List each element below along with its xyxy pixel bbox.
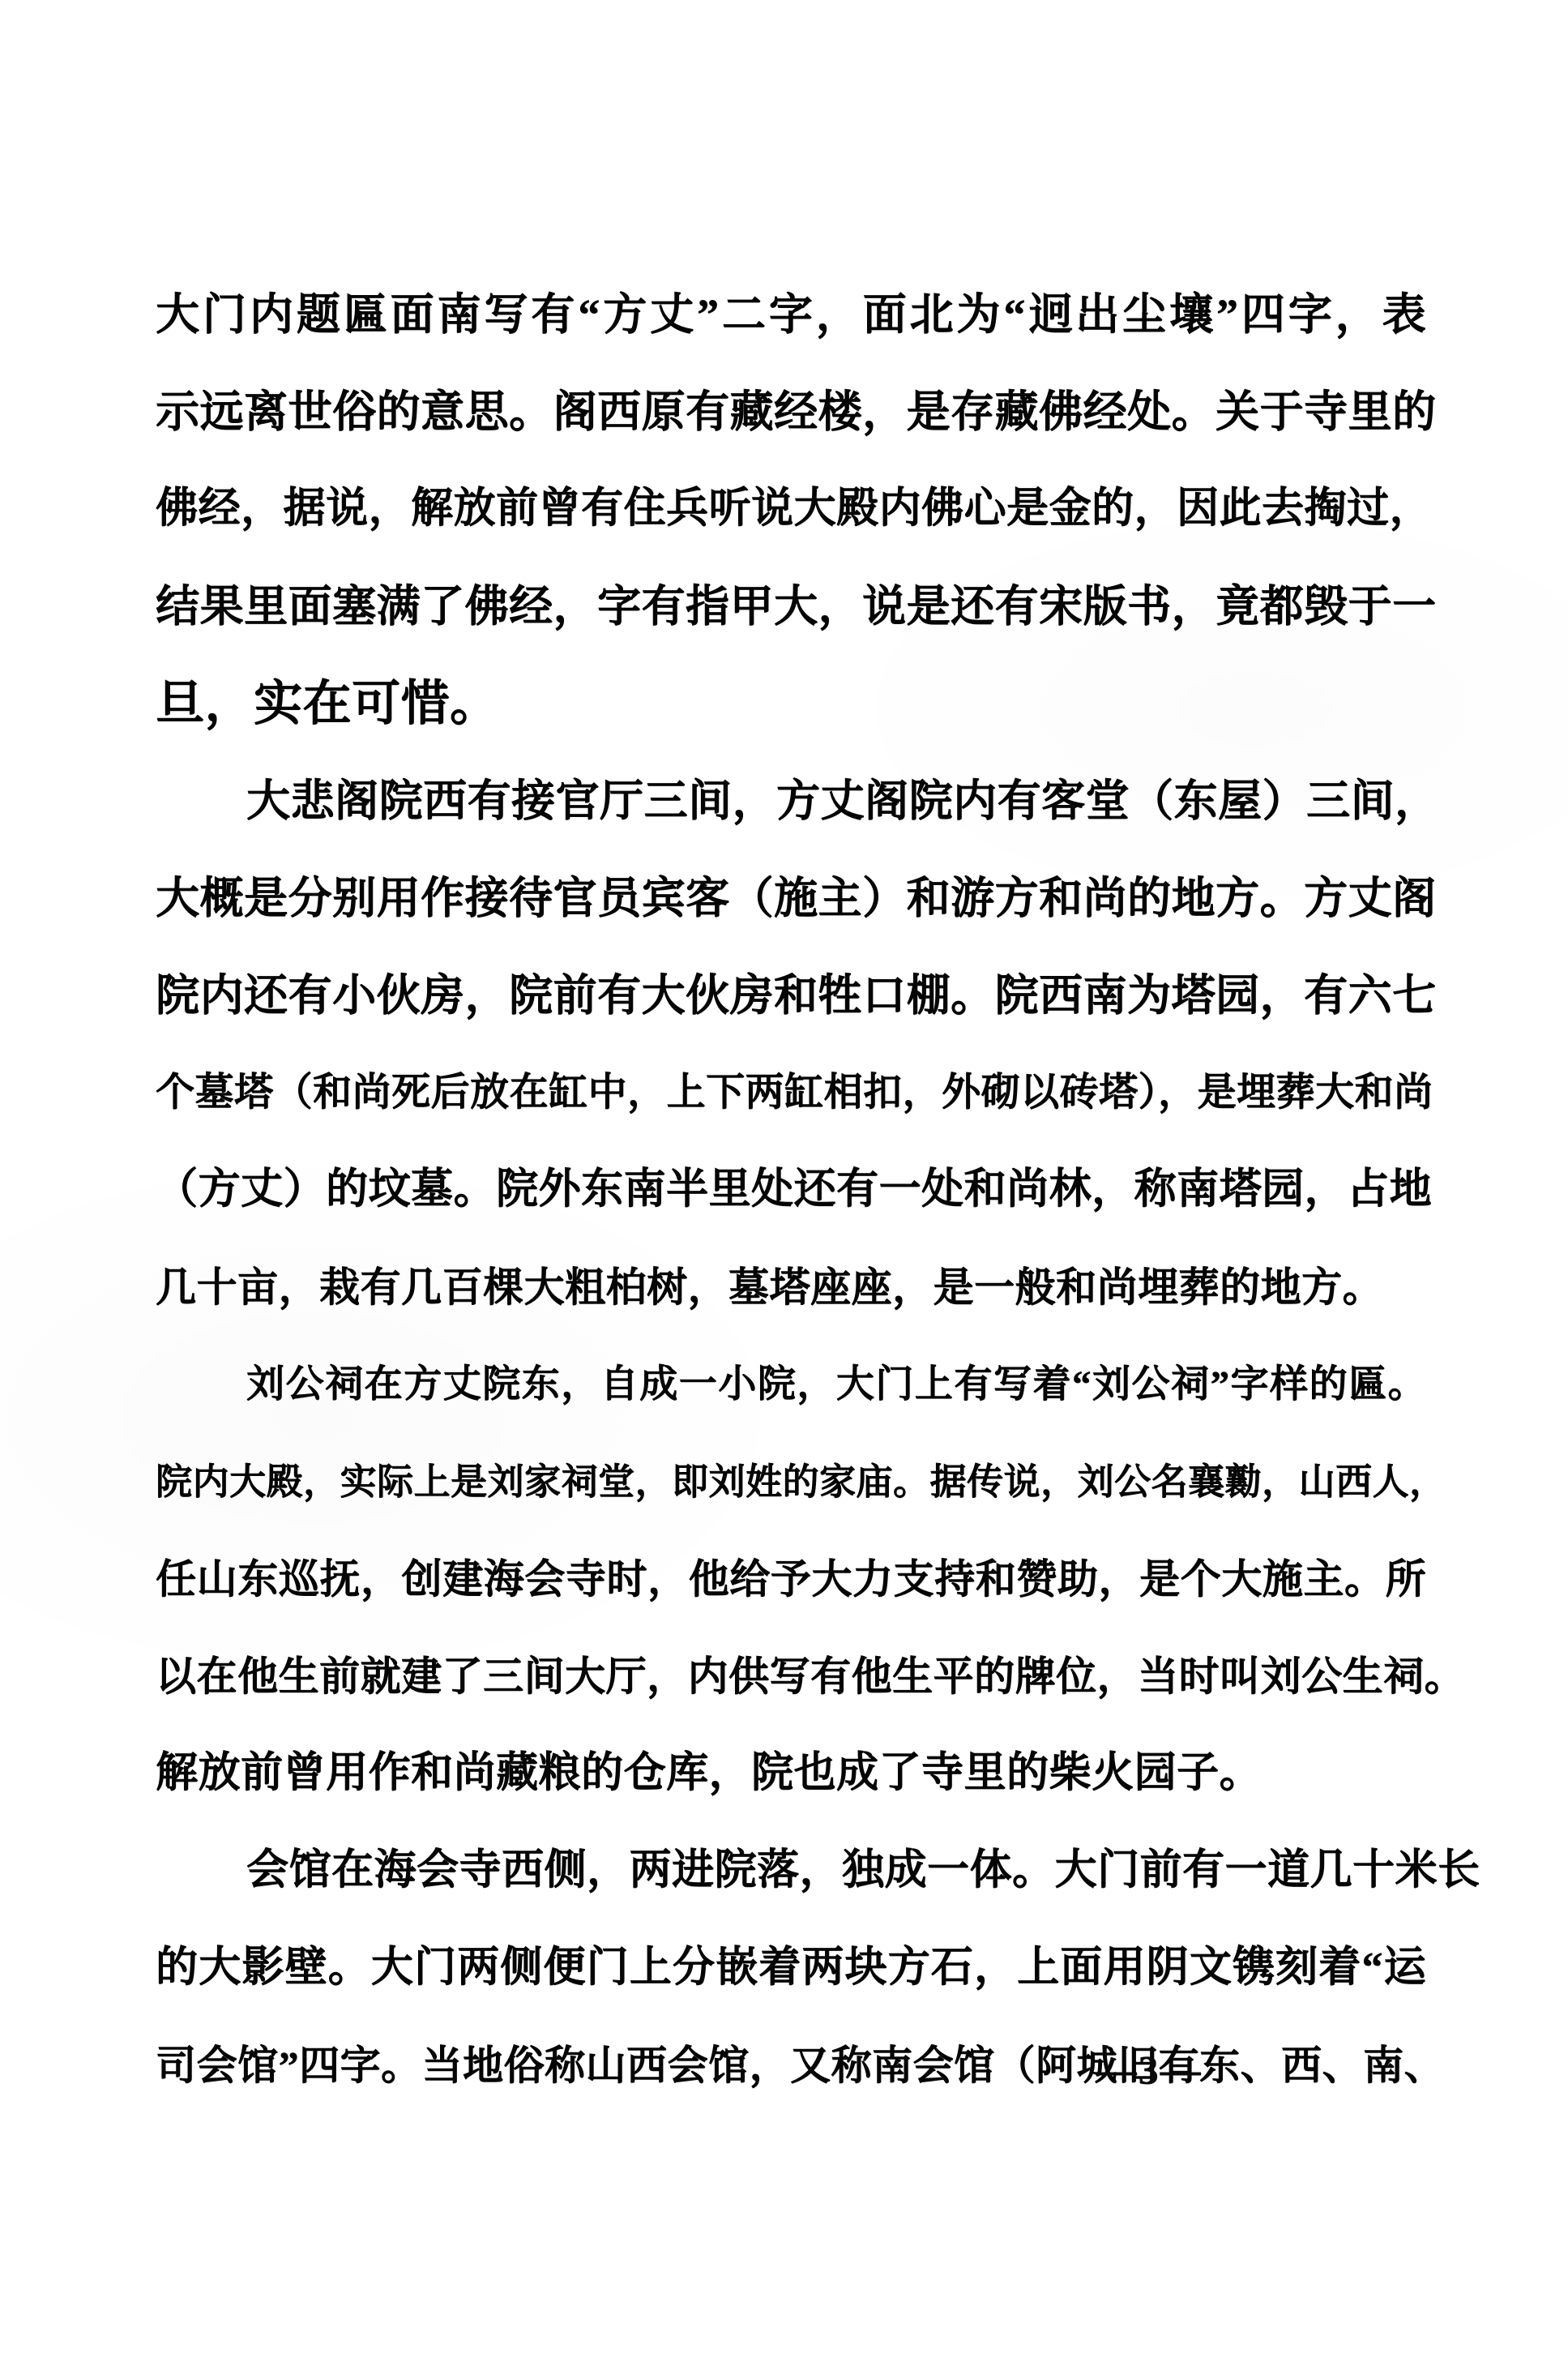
- text-line: 院内还有小伙房，院前有大伙房和牲口棚。院西南为塔园，有六七: [156, 950, 1426, 1047]
- text-line: 大概是分别用作接待官员宾客（施主）和游方和尚的地方。方丈阁: [156, 853, 1426, 950]
- text-line: 会馆在海会寺西侧，两进院落，独成一体。大门前有一道几十米长: [156, 1825, 1426, 1923]
- text-line: 司会馆”四字。当地俗称山西会馆，又称南会馆（阿城旧有东、西、南、: [156, 2020, 1426, 2117]
- text-line: 个墓塔（和尚死后放在缸中，上下两缸相扣，外砌以砖塔），是埋葬大和尚: [156, 1047, 1426, 1145]
- text-line: （方丈）的坟墓。院外东南半里处还有一处和尚林，称南塔园，占地: [156, 1145, 1426, 1242]
- text-line: 结果里面塞满了佛经，字有指甲大，说是还有宋版书，竟都毁于一: [156, 561, 1426, 658]
- page-number: —3—: [1068, 2041, 1230, 2098]
- scanned-page: 大门内题匾面南写有“方丈”二字，面北为“迥出尘壤”四字，表 示远离世俗的意思。阁…: [0, 0, 1568, 2362]
- page-text: 大门内题匾面南写有“方丈”二字，面北为“迥出尘壤”四字，表 示远离世俗的意思。阁…: [156, 269, 1426, 2117]
- text-line: 以在他生前就建了三间大厅，内供写有他生平的牌位，当时叫刘公生祠。: [156, 1631, 1426, 1728]
- text-line: 大门内题匾面南写有“方丈”二字，面北为“迥出尘壤”四字，表: [156, 269, 1426, 366]
- text-line: 旦，实在可惜。: [156, 658, 1426, 755]
- text-line: 解放前曾用作和尚藏粮的仓库，院也成了寺里的柴火园子。: [156, 1728, 1426, 1825]
- text-line: 任山东巡抚，创建海会寺时，他给予大力支持和赞助，是个大施主。所: [156, 1534, 1426, 1631]
- text-line: 几十亩，栽有几百棵大粗柏树，墓塔座座，是一般和尚埋葬的地方。: [156, 1242, 1426, 1339]
- text-line: 佛经，据说，解放前曾有住兵听说大殿内佛心是金的，因此去掏过，: [156, 464, 1426, 561]
- text-line: 院内大殿，实际上是刘家祠堂，即刘姓的家庙。据传说，刘公名襄勷，山西人，: [156, 1436, 1426, 1534]
- text-line: 示远离世俗的意思。阁西原有藏经楼，是存藏佛经处。关于寺里的: [156, 366, 1426, 464]
- text-line: 的大影壁。大门两侧便门上分嵌着两块方石，上面用阴文镌刻着“运: [156, 1923, 1426, 2020]
- text-line: 大悲阁院西有接官厅三间，方丈阁院内有客堂（东屋）三间，: [156, 755, 1426, 853]
- text-line: 刘公祠在方丈院东，自成一小院，大门上有写着“刘公祠”字样的匾。: [156, 1339, 1426, 1436]
